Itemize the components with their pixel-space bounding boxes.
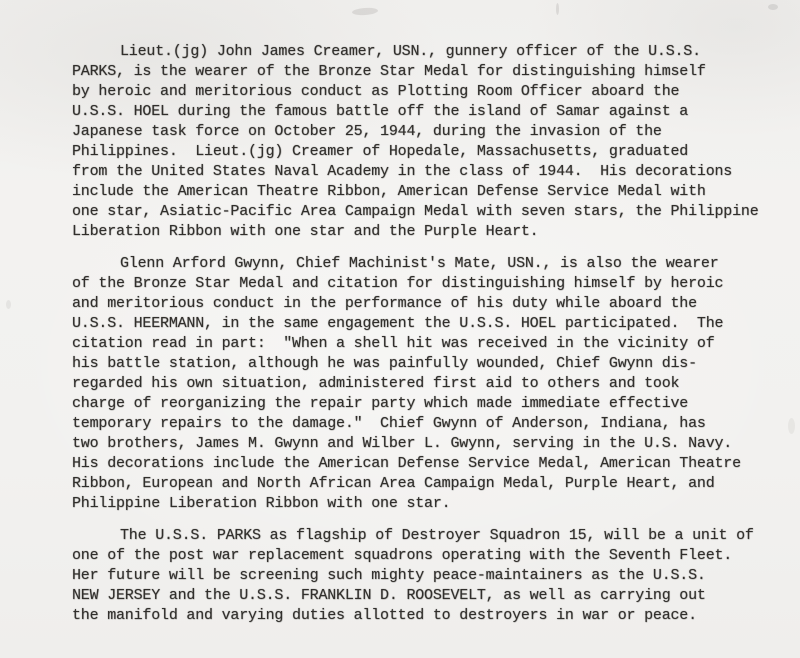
scan-speck xyxy=(6,300,11,309)
text-line: temporary repairs to the damage." Chief … xyxy=(72,414,776,434)
text-line: and meritorious conduct in the performan… xyxy=(72,294,776,314)
text-line: U.S.S. HEERMANN, in the same engagement … xyxy=(72,314,776,334)
text-line: Her future will be screening such mighty… xyxy=(72,566,776,586)
text-line: of the Bronze Star Medal and citation fo… xyxy=(72,274,776,294)
text-line: from the United States Naval Academy in … xyxy=(72,162,776,182)
text-line: Philippines. Lieut.(jg) Creamer of Hoped… xyxy=(72,142,776,162)
text-line: his battle station, although he was pain… xyxy=(72,354,776,374)
text-line: regarded his own situation, administered… xyxy=(72,374,776,394)
paragraph-creamer: Lieut.(jg) John James Creamer, USN., gun… xyxy=(72,42,776,242)
text-line: U.S.S. HOEL during the famous battle off… xyxy=(72,102,776,122)
text-line: one of the post war replacement squadron… xyxy=(72,546,776,566)
text-line: citation read in part: "When a shell hit… xyxy=(72,334,776,354)
scan-smudge xyxy=(788,418,795,434)
scan-speck xyxy=(556,3,559,15)
text-line: Liberation Ribbon with one star and the … xyxy=(72,222,776,242)
text-line: PARKS, is the wearer of the Bronze Star … xyxy=(72,62,776,82)
paragraph-parks-future: The U.S.S. PARKS as flagship of Destroye… xyxy=(72,526,776,626)
text-line: two brothers, James M. Gwynn and Wilber … xyxy=(72,434,776,454)
document-text: Lieut.(jg) John James Creamer, USN., gun… xyxy=(72,42,776,626)
text-line: the manifold and varying duties allotted… xyxy=(72,606,776,626)
paragraph-gwynn: Glenn Arford Gwynn, Chief Machinist's Ma… xyxy=(72,254,776,514)
text-line: one star, Asiatic-Pacific Area Campaign … xyxy=(72,202,776,222)
scan-smudge xyxy=(352,7,378,16)
scan-speck xyxy=(768,4,778,10)
text-line: Glenn Arford Gwynn, Chief Machinist's Ma… xyxy=(72,254,776,274)
text-line: His decorations include the American Def… xyxy=(72,454,776,474)
text-line: Philippine Liberation Ribbon with one st… xyxy=(72,494,776,514)
text-line: Japanese task force on October 25, 1944,… xyxy=(72,122,776,142)
text-line: The U.S.S. PARKS as flagship of Destroye… xyxy=(72,526,776,546)
text-line: by heroic and meritorious conduct as Plo… xyxy=(72,82,776,102)
text-line: NEW JERSEY and the U.S.S. FRANKLIN D. RO… xyxy=(72,586,776,606)
text-line: Ribbon, European and North African Area … xyxy=(72,474,776,494)
text-line: charge of reorganizing the repair party … xyxy=(72,394,776,414)
text-line: include the American Theatre Ribbon, Ame… xyxy=(72,182,776,202)
text-line: Lieut.(jg) John James Creamer, USN., gun… xyxy=(72,42,776,62)
scanned-document-page: Lieut.(jg) John James Creamer, USN., gun… xyxy=(0,0,800,658)
